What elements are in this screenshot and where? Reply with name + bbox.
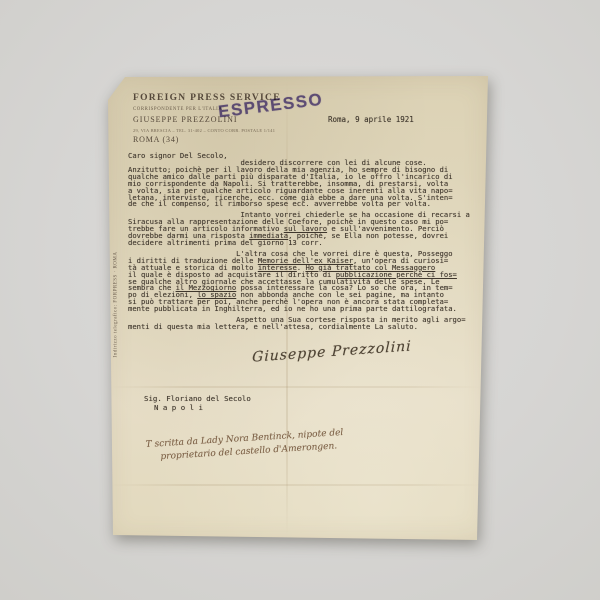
paper-shadow: FOREIGN PRESS SERVICE CORRISPONDENTE PER… [106,74,490,542]
body-line: menti di questa mia lettera, e nell'atte… [128,324,480,331]
body-line: decidere altrimenti prima del giorno 13 … [128,240,480,247]
body-line: de che il compenso, il rimborso spese ec… [128,201,480,208]
dateline: Roma, 9 aprile 1921 [328,115,414,124]
letterhead-address: 29, VIA BRESCIA – TEL. 31-402 – CONTO CO… [133,128,275,133]
fold-crease-lower [110,484,482,486]
letter-photo: FOREIGN PRESS SERVICE CORRISPONDENTE PER… [0,0,600,600]
recipient-city: N a p o l i [154,403,203,412]
letter-paper: FOREIGN PRESS SERVICE CORRISPONDENTE PER… [106,74,490,542]
recipient-name: Sig. Floriano del Secolo [144,394,251,403]
letter-body: desidero discorrere con lei di alcune co… [128,160,480,331]
body-line: mente pubblicata in Inghilterra, ed io n… [128,306,480,313]
handwritten-signature: Giuseppe Prezzolini [252,338,412,365]
letterhead-city: ROMA (34) [133,135,179,144]
fold-crease-upper [110,386,482,388]
letterhead-role: CORRISPONDENTE PER L'ITALIA: [133,107,224,112]
handwritten-archival-note: T scritta da Lady Nora Bentinck, nipote … [145,425,376,465]
telegraph-edge-text: Indirizzo telegrafico: FORPRESS · ROMA [114,230,119,380]
